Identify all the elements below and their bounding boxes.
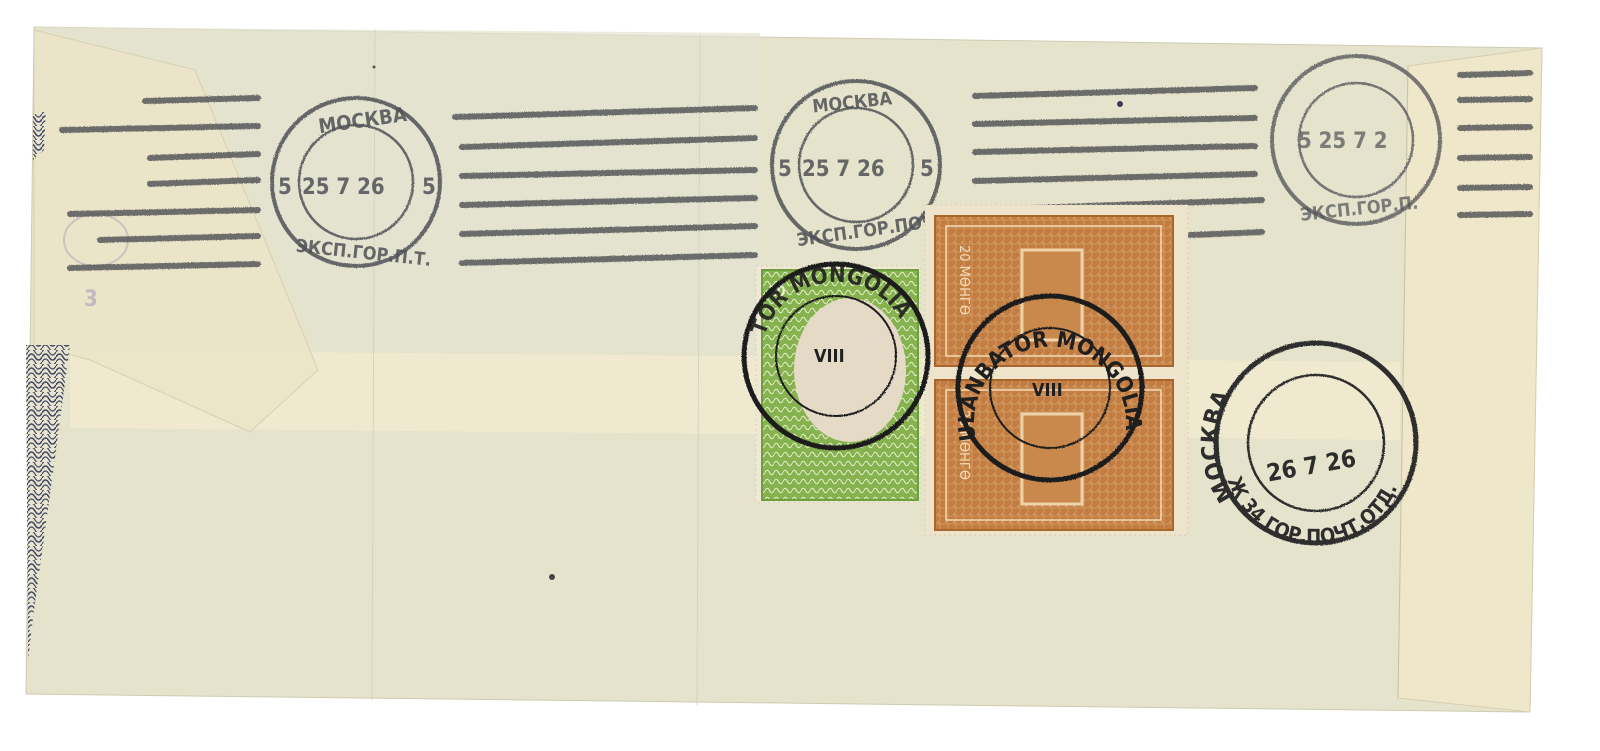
svg-text:VIII: VIII: [1032, 380, 1063, 401]
svg-text:5 25 7 2: 5 25 7 2: [1298, 129, 1388, 154]
svg-text:5: 5: [422, 175, 436, 200]
svg-text:20 МӨНГӨ: 20 МӨНГӨ: [956, 245, 971, 315]
svg-text:5: 5: [920, 157, 934, 182]
envelope-back: 3 5 5 25 7: [0, 0, 1600, 751]
svg-text:25 7 26: 25 7 26: [802, 157, 885, 182]
svg-text:5: 5: [278, 175, 292, 200]
svg-text:VIII: VIII: [814, 346, 845, 367]
svg-text:3: 3: [84, 287, 98, 312]
postmark-date-left: 25 7 26: [302, 175, 385, 200]
envelope-illustration: 3 5 5 25 7: [0, 0, 1600, 751]
svg-text:5: 5: [778, 157, 792, 182]
